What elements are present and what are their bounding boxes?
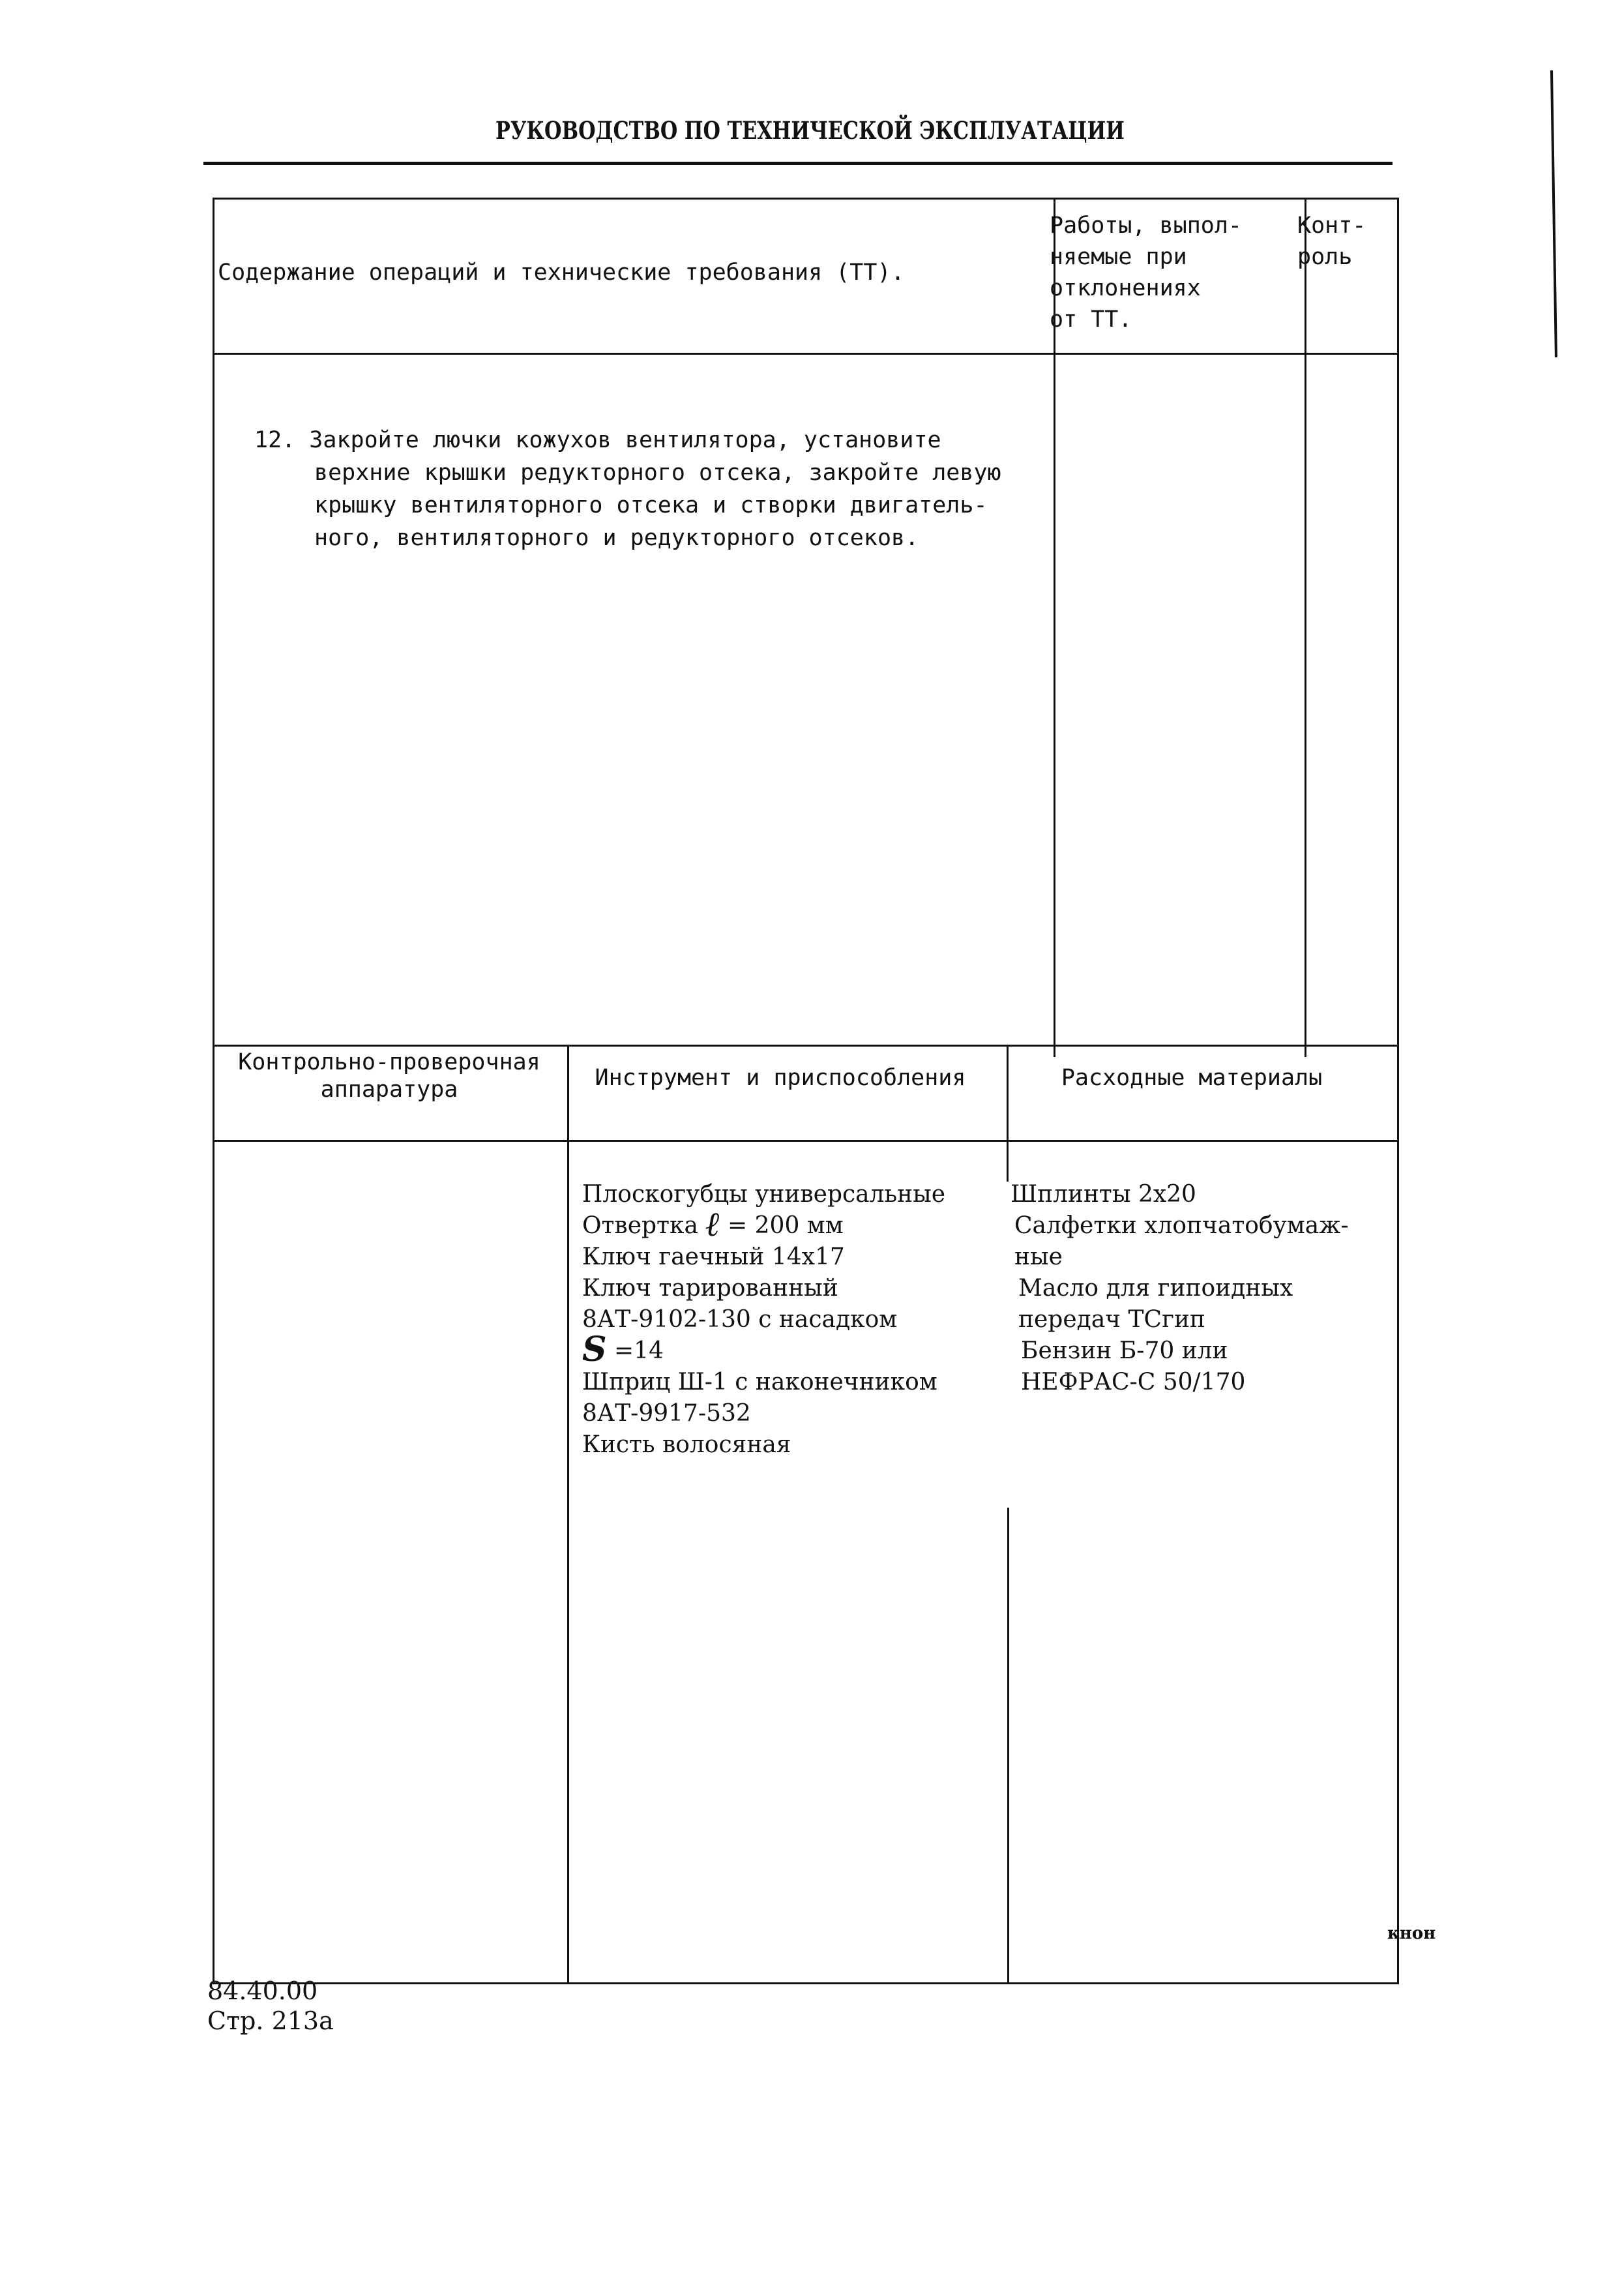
resources-header-divider: [213, 1140, 1399, 1142]
document-code: 84.40.00: [207, 1976, 334, 2006]
list-item: S =14: [582, 1335, 945, 1367]
header-tools: Инструмент и приспособления: [570, 1064, 991, 1092]
column-divider-control: [1305, 198, 1306, 1057]
header-operations-content: Содержание операций и технические требов…: [218, 260, 905, 286]
header-line: отклонениях: [1050, 273, 1242, 304]
operation-number: 12.: [254, 427, 295, 453]
header-line: аппаратура: [214, 1076, 565, 1103]
header-rule: [203, 162, 1393, 165]
list-item: НЕФРАС-С 50/170: [1010, 1367, 1349, 1398]
header-line: няемые при: [1050, 241, 1242, 273]
consumables-list: Шплинты 2x20 Салфетки хлопчатобумаж- ные…: [1010, 1179, 1349, 1398]
list-item: Ключ гаечный 14x17: [582, 1242, 945, 1273]
page-number: Стр. 213а: [207, 2006, 334, 2036]
column-divider-tools: [567, 1045, 569, 1984]
header-line: Работы, выпол-: [1050, 210, 1242, 241]
list-item: Ключ тарированный: [582, 1273, 945, 1304]
resources-border-top: [213, 1045, 1399, 1047]
wrench-size-symbol-icon: S: [582, 1330, 607, 1369]
operation-text-line: верхние крышки редукторного отсека, закр…: [254, 456, 1001, 489]
header-line: Конт-: [1297, 210, 1366, 241]
page-footer: 84.40.00 Стр. 213а: [207, 1976, 334, 2036]
header-line: от ТТ.: [1050, 304, 1242, 335]
operation-text-line: крышку вентиляторного отсека и створки д…: [254, 489, 1001, 522]
header-test-equipment: Контрольно-проверочная аппаратура: [214, 1049, 565, 1103]
table-border-bottom: [213, 1982, 1399, 1984]
header-line: Контрольно-проверочная: [214, 1049, 565, 1076]
column-divider-materials-lower: [1007, 1508, 1009, 1984]
header-consumables: Расходные материалы: [997, 1064, 1386, 1092]
operation-text-line: Закройте лючки кожухов вентилятора, уста…: [309, 427, 941, 453]
list-item: передач ТСгип: [1010, 1304, 1349, 1335]
item-text: = 200 мм: [720, 1212, 844, 1239]
list-item: Шприц Ш-1 с наконечником: [582, 1367, 945, 1398]
list-item: ные: [1010, 1242, 1349, 1273]
length-symbol-icon: ℓ: [705, 1204, 720, 1244]
list-item: Салфетки хлопчатобумаж-: [1010, 1210, 1349, 1242]
tools-list: Плоскогубцы универсальные Отвертка ℓ = 2…: [582, 1179, 945, 1461]
list-item: Шплинты 2x20: [1010, 1179, 1349, 1210]
operation-text-line: ного, вентиляторного и редукторного отсе…: [254, 522, 1001, 554]
margin-artifact-text: кнон: [1387, 1924, 1436, 1943]
list-item: Бензин Б-70 или: [1010, 1335, 1349, 1367]
header-line: роль: [1297, 241, 1366, 273]
table-header-divider: [213, 353, 1399, 355]
list-item: 8АТ-9917-532: [582, 1398, 945, 1429]
list-item: Масло для гипоидных: [1010, 1273, 1349, 1304]
item-text: Отвертка: [582, 1212, 705, 1239]
list-item: Плоскогубцы универсальные: [582, 1179, 945, 1210]
scan-margin-line: [1550, 70, 1557, 357]
header-control: Конт- роль: [1297, 210, 1366, 273]
document-title: РУКОВОДСТВО ПО ТЕХНИЧЕСКОЙ ЭКСПЛУАТАЦИИ: [495, 116, 1125, 145]
operation-item-12: 12. Закройте лючки кожухов вентилятора, …: [254, 424, 1001, 554]
list-item: Кисть волосяная: [582, 1429, 945, 1461]
table-border-right: [1397, 198, 1399, 1984]
item-text: =14: [607, 1337, 664, 1364]
list-item: Отвертка ℓ = 200 мм: [582, 1210, 945, 1242]
header-works-on-deviation: Работы, выпол- няемые при отклонениях от…: [1050, 210, 1242, 335]
list-item: 8АТ-9102-130 с насадком: [582, 1304, 945, 1335]
table-border-top: [213, 198, 1399, 200]
